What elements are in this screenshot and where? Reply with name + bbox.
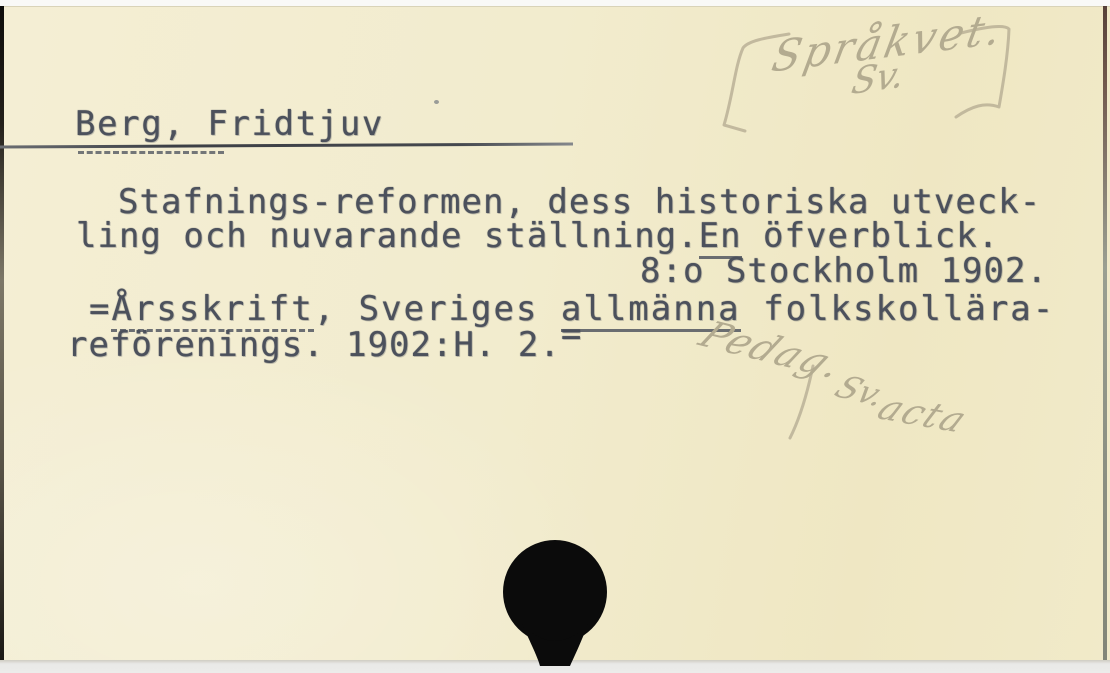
punch-hole: [0, 0, 1110, 673]
catalog-card-scan: Berg, Fridtjuv Stafnings-reformen, dess …: [0, 0, 1110, 673]
punch-hole-circle: [503, 540, 607, 644]
